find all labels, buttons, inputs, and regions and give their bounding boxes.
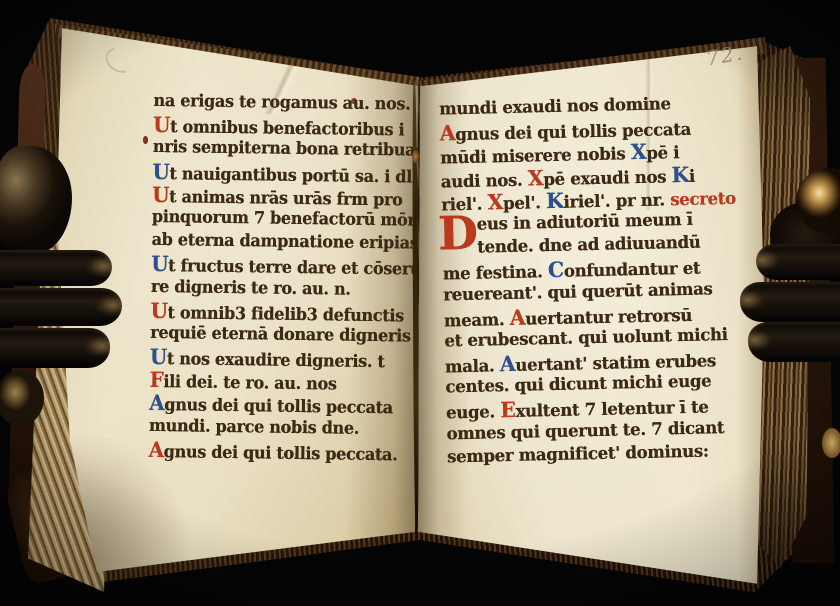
clamp-finger: [756, 244, 840, 280]
text-segment: mala.: [445, 356, 500, 377]
clamp-finger: [0, 288, 122, 326]
text-segment: semper magnificet' dominus:: [447, 441, 709, 467]
text-segment: mundi. parce nobis dne.: [149, 416, 359, 439]
right-page-holder-clamp: [732, 160, 840, 460]
text-segment: pinquorum 7 benefactorū mōr: [152, 207, 416, 231]
text-segment: pel'.: [503, 193, 547, 214]
text-segment: eus in adiutoriū meum ī: [476, 210, 692, 235]
text-segment: nris sempiterna bona retribuas. t: [153, 137, 442, 161]
colored-initial: U: [150, 298, 167, 323]
clamp-finger: [0, 328, 110, 368]
clamp-knuckle: [0, 146, 72, 254]
text-segment: gnus dei qui tollis peccata.: [163, 442, 397, 465]
colored-initial: F: [149, 367, 163, 392]
colored-initial: K: [671, 161, 689, 186]
parchment-speck: [143, 136, 148, 144]
colored-initial: U: [151, 251, 168, 276]
right-page: mundi exaudi nos domineAgnus dei qui tol…: [417, 38, 769, 586]
colored-initial: A: [509, 304, 525, 329]
colored-initial: E: [500, 397, 516, 422]
colored-initial: X: [487, 189, 503, 214]
left-page-holder-clamp: [0, 146, 126, 438]
colored-initial: K: [546, 187, 564, 212]
pencil-mark: [101, 42, 139, 77]
colored-initial: U: [153, 112, 170, 137]
text-segment: re digneris te ro. au. n.: [151, 276, 351, 299]
text-segment: na erigas te rogamus au. nos.: [153, 91, 410, 115]
text-segment: i: [689, 166, 695, 186]
clamp-finger: [740, 282, 840, 322]
colored-initial: U: [152, 182, 169, 207]
right-page-text: mundi exaudi nos domineAgnus dei qui tol…: [439, 92, 753, 470]
colored-initial: X: [527, 165, 543, 190]
text-segment: secreto: [670, 189, 736, 210]
colored-initial: A: [439, 120, 455, 145]
text-segment: ab eterna dampnatione eripias: [151, 230, 418, 254]
left-page-text: na erigas te rogamus au. nos.Ut omnibus …: [148, 90, 453, 465]
text-segment: mundi exaudi nos domine: [439, 94, 671, 119]
text-segment: euge.: [446, 403, 501, 424]
clamp-finger: [748, 322, 840, 362]
clamp-finger: [0, 250, 112, 286]
manuscript-photo-scene: na erigas te rogamus au. nos.Ut omnibus …: [0, 0, 840, 606]
colored-initial: U: [150, 344, 167, 369]
colored-initial: C: [548, 257, 564, 282]
manuscript-line: Agnus dei qui tollis peccata.: [148, 438, 430, 465]
sewing-station: [412, 150, 419, 163]
bronze-glint: [0, 370, 44, 426]
colored-initial: X: [630, 139, 646, 164]
colored-initial: U: [152, 158, 169, 183]
text-segment: tende. dne ad adiuuandū: [477, 233, 701, 258]
colored-initial: A: [148, 437, 163, 462]
text-segment: meam.: [444, 310, 510, 331]
text-segment: requiē eternā donare digneris: [150, 323, 411, 347]
colored-initial: A: [149, 390, 164, 415]
colored-initial: A: [499, 351, 515, 376]
brass-glint: [822, 428, 840, 458]
